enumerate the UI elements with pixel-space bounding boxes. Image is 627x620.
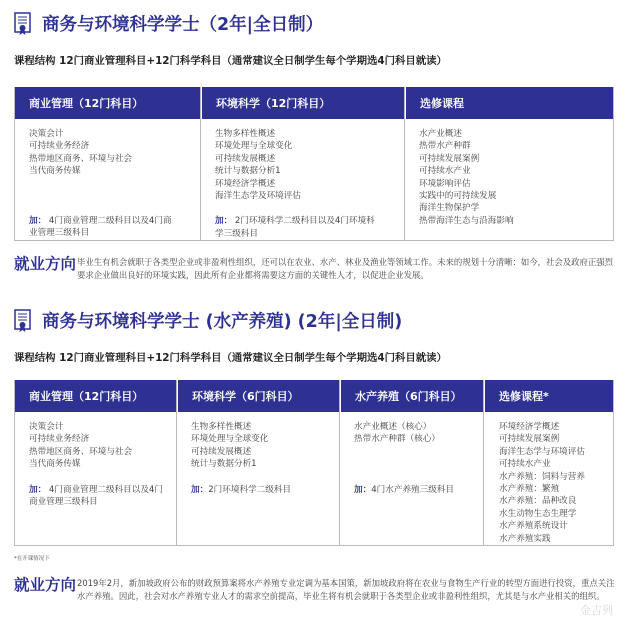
column-header: 商业管理（12门科目） xyxy=(15,380,176,412)
course-structure: 课程结构 12门商业管理科目+12门科学科目（通常建议全日制学生每个学期选4门科… xyxy=(14,52,447,67)
course-item: 可持续发展概述 xyxy=(215,153,404,165)
certificate-icon xyxy=(14,309,32,333)
plus-text: 2门环境科学二级科目以及4门环境科学三级科目 xyxy=(215,216,375,238)
plus-label: 加： xyxy=(29,216,46,226)
plus-note: 加： 4门商业管理二级科目以及4门商业管理三级科目 xyxy=(29,484,171,509)
course-item: 热带水产种群 xyxy=(419,140,613,152)
course-item: 可持续发展概述 xyxy=(191,446,339,458)
course-item: 水生动物生态生理学 xyxy=(499,508,613,520)
course-item: 决策会计 xyxy=(29,128,200,140)
plus-label: 加： xyxy=(191,485,208,495)
plus-text: 2门环境科学二级科目 xyxy=(208,485,291,495)
career-section-1: 就业方向 毕业生有机会就职于各类型企业或非盈利性组织，还可以在农业、水产、林业及… xyxy=(14,255,617,282)
plus-note: 加： 2门环境科学二级科目以及4门环境科学三级科目 xyxy=(215,215,375,240)
column-header: 商业管理（12门科目） xyxy=(15,87,200,119)
course-item: 当代商务传媒 xyxy=(29,458,176,470)
plus-label: 加： xyxy=(354,485,371,495)
column-body: 水产业概述 热带水产种群 可持续发展案例 可持续水产业 环境影响评估 实践中的可… xyxy=(405,119,613,240)
course-item: 水产养殖：品种改良 xyxy=(499,495,613,507)
course-item: 可持续水产业 xyxy=(419,165,613,177)
footnote: *在开课情况下 xyxy=(14,554,50,562)
course-item: 水产养殖：繁殖 xyxy=(499,483,613,495)
column-header: 选修课程 xyxy=(405,87,613,119)
plus-note: 加：4门水产养殖三级科目 xyxy=(354,484,483,496)
program-1-title: 商务与环境科学学士（2年|全日制） xyxy=(14,11,323,36)
course-item: 统计与数据分析1 xyxy=(191,458,339,470)
course-table-1: 商业管理（12门科目） 决策会计 可持续业务经济 热带地区商务、环境与社会 当代… xyxy=(14,87,614,241)
career-text: 2019年2月，新加坡政府公布的财政预算案将水产养殖专业定调为基本国策，新加坡政… xyxy=(77,577,617,603)
course-item: 可持续业务经济 xyxy=(29,140,200,152)
course-item: 可持续业务经济 xyxy=(29,433,176,445)
career-label: 就业方向 xyxy=(14,255,77,282)
career-label: 就业方向 xyxy=(14,576,77,603)
column-body: 决策会计 可持续业务经济 热带地区商务、环境与社会 当代商务传媒 加： 4门商业… xyxy=(15,412,176,545)
column-electives: 选修课程 水产业概述 热带水产种群 可持续发展案例 可持续水产业 环境影响评估 … xyxy=(404,87,614,241)
course-item: 决策会计 xyxy=(29,421,176,433)
course-item: 水产养殖系统设计 xyxy=(499,520,613,532)
course-item: 海洋生态学及环境评估 xyxy=(215,190,404,202)
course-structure: 课程结构 12门商业管理科目+12门科学科目（通常建议全日制学生每个学期选4门科… xyxy=(14,349,447,364)
column-header: 水产养殖（6门科目） xyxy=(340,380,483,412)
certificate-icon xyxy=(14,12,32,36)
course-item: 海洋生态学与环境评估 xyxy=(499,446,613,458)
course-item: 环境处理与全球变化 xyxy=(191,433,339,445)
plus-text: 4门商业管理二级科目以及4门商业管理三级科目 xyxy=(29,485,163,507)
watermark-logo: 金吉列 xyxy=(580,602,613,618)
plus-note: 加： 4门商业管理二级科目以及4门商业管理三级科目 xyxy=(29,215,179,240)
course-item: 热带水产种群（核心） xyxy=(354,433,483,445)
course-item: 热带地区商务、环境与社会 xyxy=(29,153,200,165)
column-header: 环境科学（12门科目） xyxy=(201,87,404,119)
column-body: 生物多样性概述 环境处理与全球变化 可持续发展概述 统计与数据分析1 加：2门环… xyxy=(177,412,339,545)
course-item: 热带地区商务、环境与社会 xyxy=(29,446,176,458)
course-item: 生物多样性概述 xyxy=(191,421,339,433)
column-body: 生物多样性概述 环境处理与全球变化 可持续发展概述 统计与数据分析1 环境经济学… xyxy=(201,119,404,240)
plus-label: 加： xyxy=(215,216,232,226)
column-environment: 环境科学（12门科目） 生物多样性概述 环境处理与全球变化 可持续发展概述 统计… xyxy=(200,87,404,241)
course-item: 水产业概述 xyxy=(419,128,613,140)
career-section-2: 就业方向 2019年2月，新加坡政府公布的财政预算案将水产养殖专业定调为基本国策… xyxy=(14,576,617,603)
course-item: 环境经济学概述 xyxy=(499,421,613,433)
program-2-title: 商务与环境科学学士 (水产养殖) (2年|全日制) xyxy=(14,308,402,333)
course-table-2: 商业管理（12门科目） 决策会计 可持续业务经济 热带地区商务、环境与社会 当代… xyxy=(14,380,614,546)
course-item: 实践中的可持续发展 xyxy=(419,190,613,202)
course-item: 热带海洋生态与沿海影响 xyxy=(419,215,613,227)
course-item: 统计与数据分析1 xyxy=(215,165,404,177)
course-item: 环境经济学概述 xyxy=(215,178,404,190)
column-body: 环境经济学概述 可持续发展案例 海洋生态学与环境评估 可持续水产业 水产养殖：饲… xyxy=(484,412,613,545)
course-item: 可持续发展案例 xyxy=(419,153,613,165)
plus-label: 加： xyxy=(29,485,46,495)
career-text: 毕业生有机会就职于各类型企业或非盈利性组织，还可以在农业、水产、林业及渔业等领域… xyxy=(77,256,617,282)
course-item: 海洋生物保护学 xyxy=(419,202,613,214)
plus-note: 加：2门环境科学二级科目 xyxy=(191,484,339,496)
column-header: 环境科学（6门科目） xyxy=(177,380,339,412)
course-item: 水产养殖实践 xyxy=(499,533,613,545)
column-electives: 选修课程* 环境经济学概述 可持续发展案例 海洋生态学与环境评估 可持续水产业 … xyxy=(483,380,614,546)
course-item: 可持续水产业 xyxy=(499,458,613,470)
course-item: 环境处理与全球变化 xyxy=(215,140,404,152)
column-business: 商业管理（12门科目） 决策会计 可持续业务经济 热带地区商务、环境与社会 当代… xyxy=(14,380,176,546)
column-body: 水产业概述（核心） 热带水产种群（核心） 加：4门水产养殖三级科目 xyxy=(340,412,483,545)
plus-text: 4门商业管理二级科目以及4门商业管理三级科目 xyxy=(29,216,172,238)
plus-text: 4门水产养殖三级科目 xyxy=(371,485,454,495)
course-item: 水产养殖：饲料与营养 xyxy=(499,471,613,483)
column-aquaculture: 水产养殖（6门科目） 水产业概述（核心） 热带水产种群（核心） 加：4门水产养殖… xyxy=(339,380,483,546)
column-environment: 环境科学（6门科目） 生物多样性概述 环境处理与全球变化 可持续发展概述 统计与… xyxy=(176,380,339,546)
column-body: 决策会计 可持续业务经济 热带地区商务、环境与社会 当代商务传媒 加： 4门商业… xyxy=(15,119,200,240)
course-item: 可持续发展案例 xyxy=(499,433,613,445)
program-title: 商务与环境科学学士（2年|全日制） xyxy=(42,11,323,36)
course-item: 当代商务传媒 xyxy=(29,165,200,177)
course-item: 水产业概述（核心） xyxy=(354,421,483,433)
program-title: 商务与环境科学学士 (水产养殖) (2年|全日制) xyxy=(42,308,402,333)
column-business: 商业管理（12门科目） 决策会计 可持续业务经济 热带地区商务、环境与社会 当代… xyxy=(14,87,200,241)
column-header: 选修课程* xyxy=(484,380,613,412)
course-item: 环境影响评估 xyxy=(419,178,613,190)
course-item: 生物多样性概述 xyxy=(215,128,404,140)
